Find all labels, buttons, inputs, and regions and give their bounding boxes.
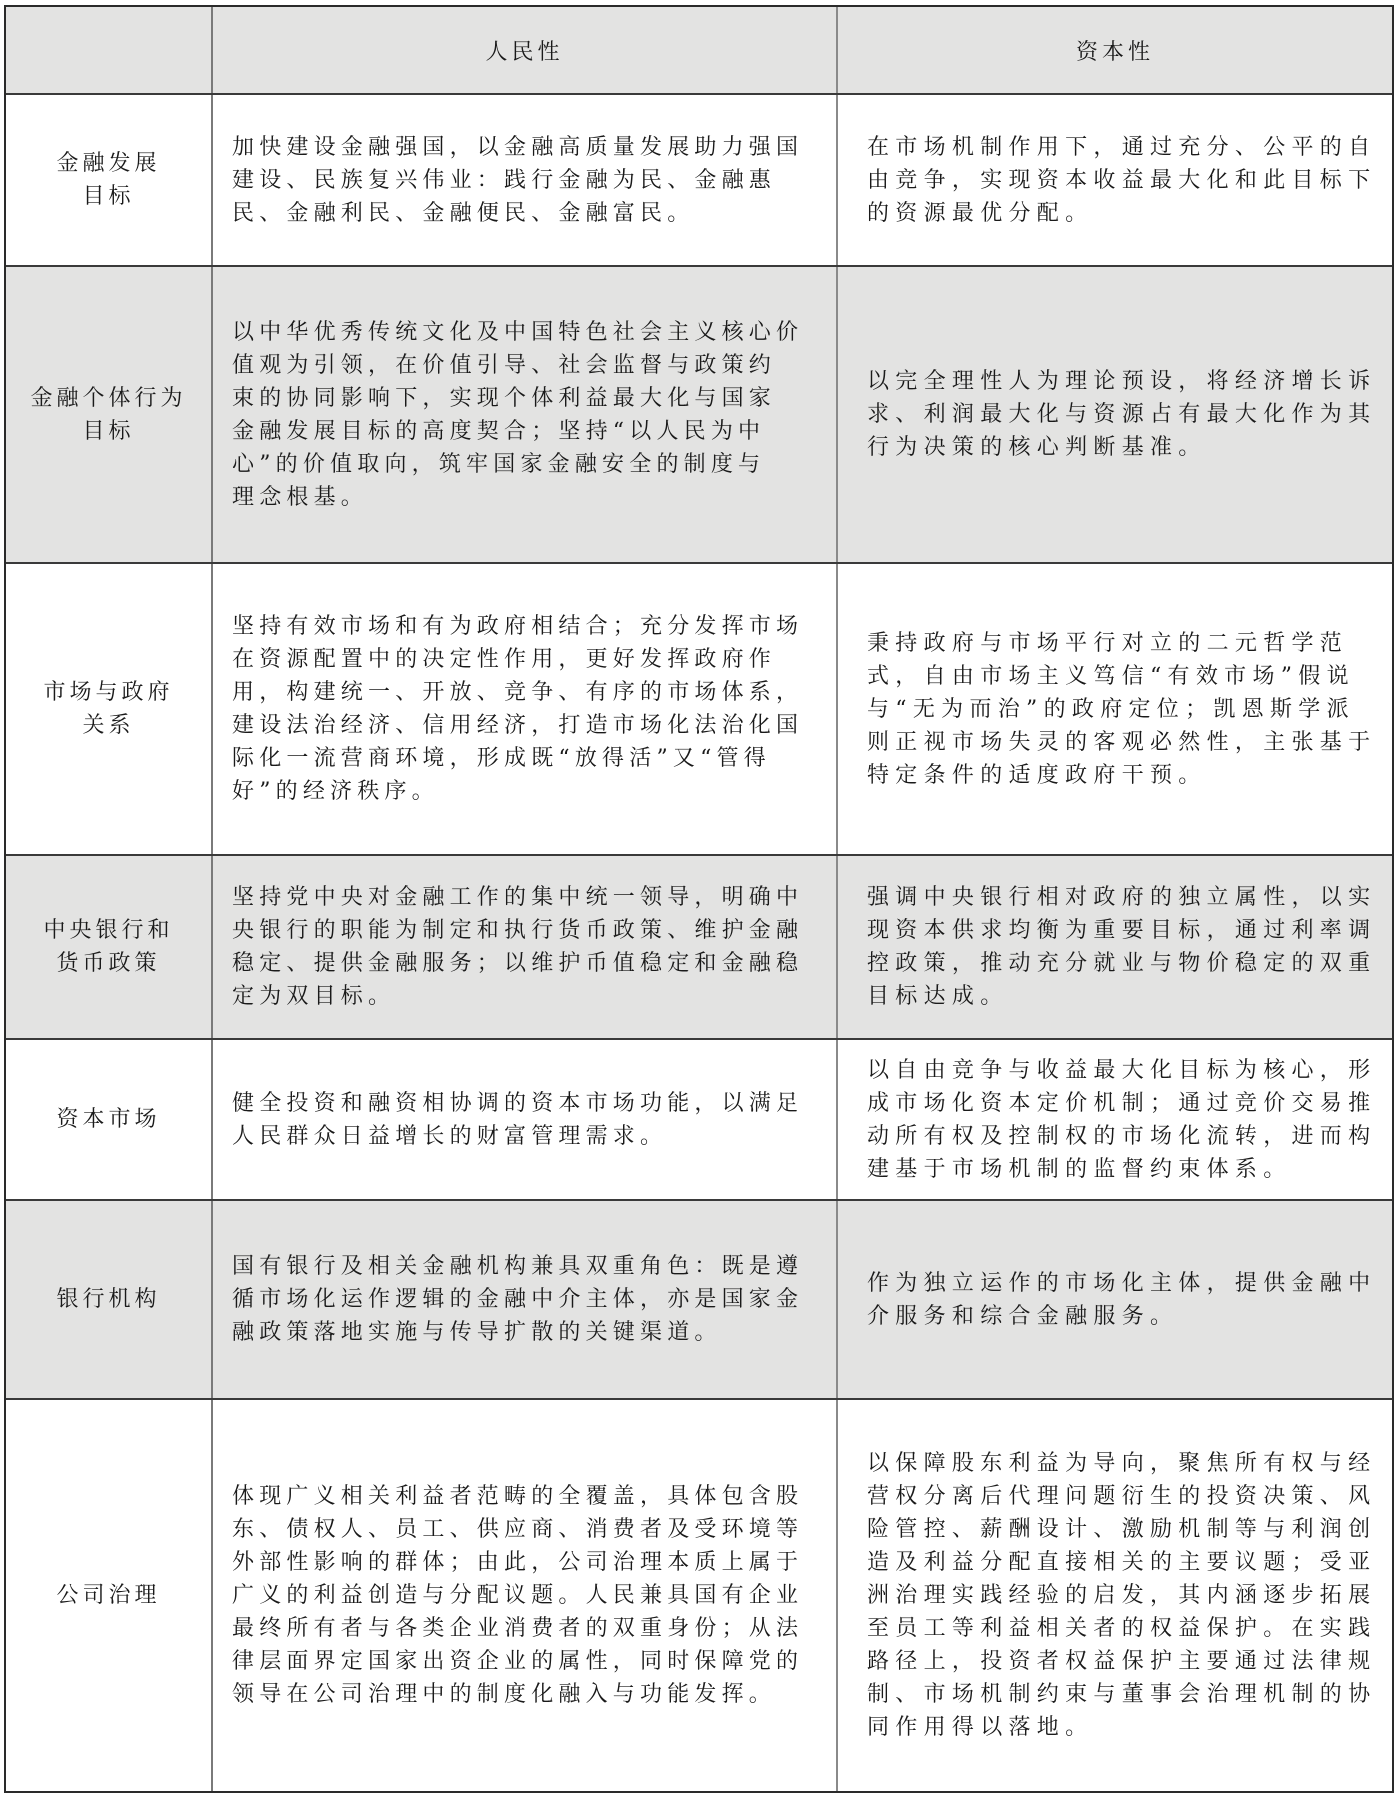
ziben-cell: 秉持政府与市场平行对立的二元哲学范式，自由市场主义笃信“有效市场”假说与“无为而… (838, 564, 1392, 854)
ziben-cell: 以保障股东利益为导向，聚焦所有权与经营权分离后代理问题衍生的投资决策、风险管控、… (838, 1400, 1392, 1791)
text-line: 际化一流营商环境，形成既“放得活”又“管得 (232, 742, 803, 775)
text-line: 洲治理实践经验的启发，其内涵逐步拓展 (867, 1579, 1376, 1612)
text-line: 营权分离后代理问题衍生的投资决策、风 (867, 1480, 1376, 1513)
renmin-cell-text: 坚持有效市场和有为政府相结合；充分发挥市场在资源配置中的决定性作用，更好发挥政府… (232, 610, 803, 808)
comparison-table: 人民性 资本性 金融发展目标加快建设金融强国，以金融高质量发展助力强国建设、民族… (4, 5, 1394, 1793)
text-line: 健全投资和融资相协调的资本市场功能，以满足 (232, 1087, 803, 1120)
text-line: 险管控、薪酬设计、激励机制等与利润创 (867, 1513, 1376, 1546)
text-line: 以保障股东利益为导向，聚焦所有权与经 (867, 1447, 1376, 1480)
text-line: 金融发展 (56, 147, 160, 180)
text-line: 与“无为而治”的政府定位；凯恩斯学派 (867, 693, 1376, 726)
text-line: 至员工等利益相关者的权益保护。在实践 (867, 1612, 1376, 1645)
table-row: 中央银行和货币政策坚持党中央对金融工作的集中统一领导，明确中央银行的职能为制定和… (6, 856, 1392, 1040)
text-line: 国有银行及相关金融机构兼具双重角色：既是遵 (232, 1250, 803, 1283)
text-line: 以中华优秀传统文化及中国特色社会主义核心价 (232, 316, 803, 349)
text-line: 动所有权及控制权的市场化流转，进而构 (867, 1120, 1376, 1153)
ziben-cell: 以自由竞争与收益最大化目标为核心，形成市场化资本定价机制；通过竞价交易推动所有权… (838, 1040, 1392, 1199)
renmin-cell: 加快建设金融强国，以金融高质量发展助力强国建设、民族复兴伟业：践行金融为民、金融… (213, 95, 838, 265)
ziben-cell: 在市场机制作用下，通过充分、公平的自由竞争，实现资本收益最大化和此目标下的资源最… (838, 95, 1392, 265)
text-line: 造及利益分配直接相关的主要议题；受亚 (867, 1546, 1376, 1579)
renmin-cell: 体现广义相关利益者范畴的全覆盖，具体包含股东、债权人、员工、供应商、消费者及受环… (213, 1400, 838, 1791)
text-line: 资本市场 (56, 1103, 160, 1136)
text-line: 理念根基。 (232, 481, 803, 514)
renmin-cell-text: 以中华优秀传统文化及中国特色社会主义核心价值观为引领，在价值引导、社会监督与政策… (232, 316, 803, 514)
text-line: 加快建设金融强国，以金融高质量发展助力强国 (232, 131, 803, 164)
renmin-cell-text: 坚持党中央对金融工作的集中统一领导，明确中央银行的职能为制定和执行货币政策、维护… (232, 881, 803, 1013)
row-label-cell: 公司治理 (6, 1400, 213, 1791)
text-line: 路径上，投资者权益保护主要通过法律规 (867, 1645, 1376, 1678)
table-row: 公司治理体现广义相关利益者范畴的全覆盖，具体包含股东、债权人、员工、供应商、消费… (6, 1400, 1392, 1791)
ziben-cell-text: 在市场机制作用下，通过充分、公平的自由竞争，实现资本收益最大化和此目标下的资源最… (867, 131, 1376, 230)
text-line: 货币政策 (43, 947, 173, 980)
text-line: 市场与政府 (43, 676, 173, 709)
text-line: 坚持党中央对金融工作的集中统一领导，明确中 (232, 881, 803, 914)
text-line: 公司治理 (56, 1579, 160, 1612)
row-label-cell: 金融个体行为目标 (6, 267, 213, 562)
ziben-cell: 以完全理性人为理论预设，将经济增长诉求、利润最大化与资源占有最大化作为其行为决策… (838, 267, 1392, 562)
text-line: 律层面界定国家出资企业的属性，同时保障党的 (232, 1645, 803, 1678)
renmin-cell-text: 加快建设金融强国，以金融高质量发展助力强国建设、民族复兴伟业：践行金融为民、金融… (232, 131, 803, 230)
text-line: 东、债权人、员工、供应商、消费者及受环境等 (232, 1513, 803, 1546)
renmin-cell: 健全投资和融资相协调的资本市场功能，以满足人民群众日益增长的财富管理需求。 (213, 1040, 838, 1199)
text-line: 央银行的职能为制定和执行货币政策、维护金融 (232, 914, 803, 947)
header-renmin-cell: 人民性 (213, 7, 838, 93)
text-line: 建设、民族复兴伟业：践行金融为民、金融惠 (232, 164, 803, 197)
row-label-cell-text: 中央银行和货币政策 (43, 914, 173, 980)
text-line: 控政策，推动充分就业与物价稳定的双重 (867, 947, 1376, 980)
text-line: 的资源最优分配。 (867, 197, 1376, 230)
text-line: 现资本供求均衡为重要目标，通过利率调 (867, 914, 1376, 947)
text-line: 制、市场机制约束与董事会治理机制的协 (867, 1678, 1376, 1711)
text-line: 领导在公司治理中的制度化融入与功能发挥。 (232, 1678, 803, 1711)
text-line: 作为独立运作的市场化主体，提供金融中 (867, 1267, 1376, 1300)
text-line: 目标 (56, 180, 160, 213)
text-line: 民、金融利民、金融便民、金融富民。 (232, 197, 803, 230)
text-line: 金融个体行为 (30, 382, 186, 415)
row-label-cell: 中央银行和货币政策 (6, 856, 213, 1038)
text-line: 值观为引领，在价值引导、社会监督与政策约 (232, 349, 803, 382)
renmin-cell: 国有银行及相关金融机构兼具双重角色：既是遵循市场化运作逻辑的金融中介主体，亦是国… (213, 1201, 838, 1398)
text-line: 介服务和综合金融服务。 (867, 1300, 1376, 1333)
text-line: 以完全理性人为理论预设，将经济增长诉 (867, 365, 1376, 398)
row-label-cell-text: 资本市场 (56, 1103, 160, 1136)
text-line: 建设法治经济、信用经济，打造市场化法治化国 (232, 709, 803, 742)
text-line: 以自由竞争与收益最大化目标为核心，形 (867, 1054, 1376, 1087)
text-line: 特定条件的适度政府干预。 (867, 759, 1376, 792)
ziben-cell-text: 以保障股东利益为导向，聚焦所有权与经营权分离后代理问题衍生的投资决策、风险管控、… (867, 1447, 1376, 1744)
table-row: 金融个体行为目标以中华优秀传统文化及中国特色社会主义核心价值观为引领，在价值引导… (6, 267, 1392, 564)
row-label-cell-text: 金融个体行为目标 (30, 382, 186, 448)
renmin-cell-text: 体现广义相关利益者范畴的全覆盖，具体包含股东、债权人、员工、供应商、消费者及受环… (232, 1480, 803, 1711)
ziben-cell-text: 秉持政府与市场平行对立的二元哲学范式，自由市场主义笃信“有效市场”假说与“无为而… (867, 627, 1376, 792)
text-line: 目标 (30, 415, 186, 448)
header-renmin-label: 人民性 (485, 35, 563, 66)
text-line: 建基于市场机制的监督约束体系。 (867, 1153, 1376, 1186)
text-line: 最终所有者与各类企业消费者的双重身份；从法 (232, 1612, 803, 1645)
text-line: 融政策落地实施与传导扩散的关键渠道。 (232, 1316, 803, 1349)
row-label-cell-text: 公司治理 (56, 1579, 160, 1612)
text-line: 定为双目标。 (232, 980, 803, 1013)
row-label-cell: 金融发展目标 (6, 95, 213, 265)
renmin-cell-text: 国有银行及相关金融机构兼具双重角色：既是遵循市场化运作逻辑的金融中介主体，亦是国… (232, 1250, 803, 1349)
text-line: 式，自由市场主义笃信“有效市场”假说 (867, 660, 1376, 693)
row-label-cell-text: 市场与政府关系 (43, 676, 173, 742)
text-line: 在市场机制作用下，通过充分、公平的自 (867, 131, 1376, 164)
header-ziben-cell: 资本性 (838, 7, 1392, 93)
text-line: 心”的价值取向，筑牢国家金融安全的制度与 (232, 448, 803, 481)
text-line: 中央银行和 (43, 914, 173, 947)
table-row: 市场与政府关系坚持有效市场和有为政府相结合；充分发挥市场在资源配置中的决定性作用… (6, 564, 1392, 856)
text-line: 由竞争，实现资本收益最大化和此目标下 (867, 164, 1376, 197)
text-line: 好”的经济秩序。 (232, 775, 803, 808)
text-line: 秉持政府与市场平行对立的二元哲学范 (867, 627, 1376, 660)
table-header-row: 人民性 资本性 (6, 7, 1392, 95)
row-label-cell: 资本市场 (6, 1040, 213, 1199)
text-line: 广义的利益创造与分配议题。人民兼具国有企业 (232, 1579, 803, 1612)
text-line: 用，构建统一、开放、竞争、有序的市场体系， (232, 676, 803, 709)
text-line: 在资源配置中的决定性作用，更好发挥政府作 (232, 643, 803, 676)
table-row: 金融发展目标加快建设金融强国，以金融高质量发展助力强国建设、民族复兴伟业：践行金… (6, 95, 1392, 267)
row-label-cell-text: 金融发展目标 (56, 147, 160, 213)
table-row: 银行机构国有银行及相关金融机构兼具双重角色：既是遵循市场化运作逻辑的金融中介主体… (6, 1201, 1392, 1400)
text-line: 成市场化资本定价机制；通过竞价交易推 (867, 1087, 1376, 1120)
row-label-cell: 市场与政府关系 (6, 564, 213, 854)
text-line: 金融发展目标的高度契合；坚持“以人民为中 (232, 415, 803, 448)
text-line: 则正视市场失灵的客观必然性，主张基于 (867, 726, 1376, 759)
text-line: 银行机构 (56, 1283, 160, 1316)
ziben-cell: 强调中央银行相对政府的独立属性，以实现资本供求均衡为重要目标，通过利率调控政策，… (838, 856, 1392, 1038)
renmin-cell: 以中华优秀传统文化及中国特色社会主义核心价值观为引领，在价值引导、社会监督与政策… (213, 267, 838, 562)
ziben-cell: 作为独立运作的市场化主体，提供金融中介服务和综合金融服务。 (838, 1201, 1392, 1398)
ziben-cell-text: 以完全理性人为理论预设，将经济增长诉求、利润最大化与资源占有最大化作为其行为决策… (867, 365, 1376, 464)
renmin-cell: 坚持有效市场和有为政府相结合；充分发挥市场在资源配置中的决定性作用，更好发挥政府… (213, 564, 838, 854)
text-line: 循市场化运作逻辑的金融中介主体，亦是国家金 (232, 1283, 803, 1316)
text-line: 体现广义相关利益者范畴的全覆盖，具体包含股 (232, 1480, 803, 1513)
row-label-cell-text: 银行机构 (56, 1283, 160, 1316)
text-line: 关系 (43, 709, 173, 742)
ziben-cell-text: 作为独立运作的市场化主体，提供金融中介服务和综合金融服务。 (867, 1267, 1376, 1333)
ziben-cell-text: 强调中央银行相对政府的独立属性，以实现资本供求均衡为重要目标，通过利率调控政策，… (867, 881, 1376, 1013)
text-line: 外部性影响的群体；由此，公司治理本质上属于 (232, 1546, 803, 1579)
ziben-cell-text: 以自由竞争与收益最大化目标为核心，形成市场化资本定价机制；通过竞价交易推动所有权… (867, 1054, 1376, 1186)
text-line: 强调中央银行相对政府的独立属性，以实 (867, 881, 1376, 914)
text-line: 行为决策的核心判断基准。 (867, 431, 1376, 464)
row-label-cell: 银行机构 (6, 1201, 213, 1398)
text-line: 求、利润最大化与资源占有最大化作为其 (867, 398, 1376, 431)
renmin-cell-text: 健全投资和融资相协调的资本市场功能，以满足人民群众日益增长的财富管理需求。 (232, 1087, 803, 1153)
text-line: 坚持有效市场和有为政府相结合；充分发挥市场 (232, 610, 803, 643)
text-line: 人民群众日益增长的财富管理需求。 (232, 1120, 803, 1153)
renmin-cell: 坚持党中央对金融工作的集中统一领导，明确中央银行的职能为制定和执行货币政策、维护… (213, 856, 838, 1038)
header-corner-cell (6, 7, 213, 93)
text-line: 稳定、提供金融服务；以维护币值稳定和金融稳 (232, 947, 803, 980)
table-row: 资本市场健全投资和融资相协调的资本市场功能，以满足人民群众日益增长的财富管理需求… (6, 1040, 1392, 1201)
text-line: 同作用得以落地。 (867, 1711, 1376, 1744)
header-ziben-label: 资本性 (1076, 35, 1154, 66)
text-line: 束的协同影响下，实现个体利益最大化与国家 (232, 382, 803, 415)
text-line: 目标达成。 (867, 980, 1376, 1013)
